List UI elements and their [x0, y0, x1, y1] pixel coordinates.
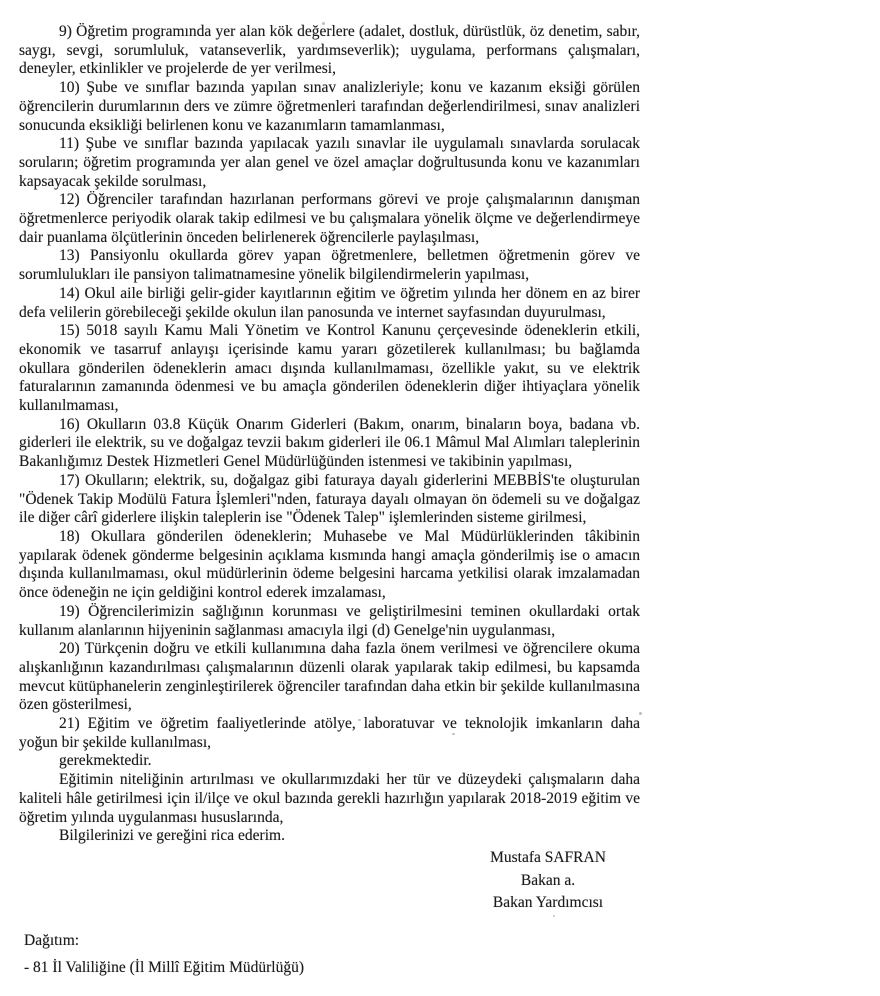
signatory-on-behalf: Bakan a.	[448, 870, 648, 893]
paragraph-14: 14) Okul aile birliği gelir-gider kayıtl…	[19, 285, 640, 322]
closing-word: gerekmektedir.	[19, 752, 640, 771]
distribution-label: Dağıtım:	[24, 928, 304, 955]
closing-paragraph: Eğitimin niteliğinin artırılması ve okul…	[19, 771, 640, 827]
paragraph-13: 13) Pansiyonlu okullarda görev yapan öğr…	[19, 247, 640, 284]
paragraph-15: 15) 5018 sayılı Kamu Mali Yönetim ve Kon…	[19, 322, 640, 416]
paragraph-9: 9) Öğretim programında yer alan kök değe…	[19, 23, 640, 79]
signatory-title: Bakan Yardımcısı	[448, 892, 648, 915]
document-page: 9) Öğretim programında yer alan kök değe…	[0, 0, 880, 996]
paragraph-20: 20) Türkçenin doğru ve etkili kullanımın…	[19, 640, 640, 715]
paragraph-11: 11) Şube ve sınıflar bazında yapılacak y…	[19, 135, 640, 191]
request-line: Bilgilerinizi ve gereğini rica ederim.	[19, 827, 640, 846]
paragraph-16: 16) Okulların 03.8 Küçük Onarım Giderler…	[19, 416, 640, 472]
scan-speck	[639, 712, 642, 715]
distribution-block: Dağıtım: - 81 İl Valiliğine (İl Millî Eğ…	[24, 928, 304, 981]
signatory-name: Mustafa SAFRAN	[448, 847, 648, 870]
scan-speck	[553, 915, 555, 917]
document-body: 9) Öğretim programında yer alan kök değe…	[19, 23, 640, 846]
scan-speck	[322, 22, 325, 25]
paragraph-12: 12) Öğrenciler tarafından hazırlanan per…	[19, 191, 640, 247]
signature-block: Mustafa SAFRAN Bakan a. Bakan Yardımcısı	[448, 847, 648, 915]
paragraph-18: 18) Okullara gönderilen ödeneklerin; Muh…	[19, 528, 640, 603]
scan-speck	[452, 733, 455, 735]
paragraph-19: 19) Öğrencilerimizin sağlığının korunmas…	[19, 603, 640, 640]
paragraph-17: 17) Okulların; elektrik, su, doğalgaz gi…	[19, 472, 640, 528]
paragraph-10: 10) Şube ve sınıflar bazında yapılan sın…	[19, 79, 640, 135]
paragraph-21: 21) Eğitim ve öğretim faaliyetlerinde at…	[19, 715, 640, 752]
scan-speck	[358, 719, 361, 721]
distribution-item: - 81 İl Valiliğine (İl Millî Eğitim Müdü…	[24, 955, 304, 982]
